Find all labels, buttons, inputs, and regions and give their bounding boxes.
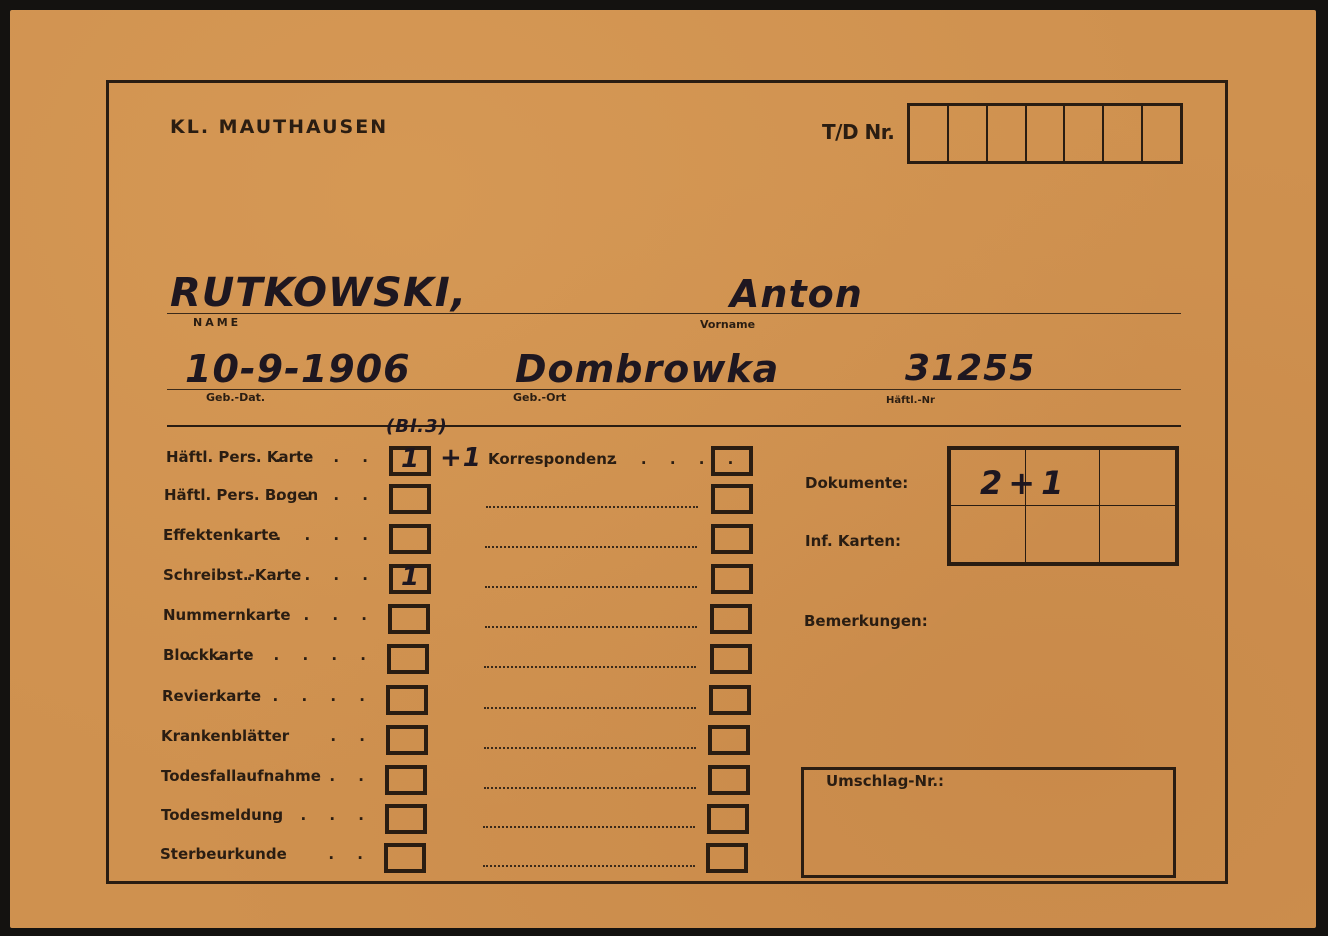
dokumente-label: Dokumente: [805, 474, 908, 492]
grid-cell[interactable] [1100, 506, 1175, 562]
checkbox[interactable] [707, 804, 749, 834]
checkbox-mark: 1 [401, 444, 419, 474]
fill-in-line[interactable] [484, 787, 696, 789]
leader-dots: . . [160, 845, 372, 863]
fill-in-line[interactable] [486, 506, 698, 508]
leader-dots: . . . . . . . [163, 646, 375, 664]
fill-in-line[interactable] [484, 747, 696, 749]
prisoner-number-label: Häftl.-Nr [886, 395, 935, 406]
td-digit-cell[interactable] [910, 106, 949, 161]
name-underline [167, 313, 1181, 314]
dokumente-value[interactable]: 2+1 [980, 464, 1069, 502]
checkbox[interactable] [386, 685, 428, 715]
checkbox-mark: 1 [401, 562, 419, 592]
umschlag-label: Umschlag-Nr.: [826, 772, 944, 790]
birth-date-label: Geb.-Dat. [206, 391, 265, 404]
checkbox[interactable] [708, 725, 750, 755]
leader-dots: . . . . . [163, 606, 376, 624]
td-digit-cell[interactable] [1027, 106, 1066, 161]
birth-date-value[interactable]: 10-9-1906 [185, 347, 411, 391]
checkbox[interactable] [385, 765, 427, 795]
section-divider [167, 425, 1181, 427]
td-digit-cell[interactable] [988, 106, 1027, 161]
leader-dots: . . . . . . [162, 687, 374, 705]
leader-dots: . . . . . [163, 526, 377, 544]
checkbox[interactable] [710, 644, 752, 674]
birth-underline [167, 389, 1181, 390]
grid-cell[interactable] [951, 506, 1026, 562]
checkbox[interactable] [385, 804, 427, 834]
birth-place-label: Geb.-Ort [513, 391, 566, 404]
bemerkungen-label: Bemerkungen: [804, 612, 928, 630]
leader-dots: . . . . [164, 486, 377, 504]
checkbox[interactable] [711, 484, 753, 514]
annotation-bl3: (Bl.3) [386, 416, 448, 437]
leader-dots: . . . . [161, 806, 373, 824]
checkbox[interactable]: 1 [389, 446, 431, 476]
grid-cell[interactable] [1026, 506, 1101, 562]
checkbox[interactable] [709, 685, 751, 715]
td-number-label: T/D Nr. [822, 120, 894, 144]
fill-in-line[interactable] [484, 707, 696, 709]
annotation-plus-one: +1 [440, 443, 482, 473]
checkbox[interactable]: 1 [389, 564, 431, 594]
fill-in-line[interactable] [485, 586, 697, 588]
checkbox[interactable] [708, 765, 750, 795]
checkbox[interactable] [387, 644, 429, 674]
checkbox[interactable] [711, 564, 753, 594]
checkbox[interactable] [711, 524, 753, 554]
checkbox[interactable] [388, 604, 430, 634]
name-label: NAME [193, 316, 241, 329]
checkbox[interactable] [384, 843, 426, 873]
fill-in-line[interactable] [483, 826, 695, 828]
checkbox[interactable] [386, 725, 428, 755]
checkbox[interactable] [711, 446, 753, 476]
birth-place-value[interactable]: Dombrowka [515, 347, 779, 391]
korrespondenz-label: Korrespondenz [488, 450, 616, 468]
checkbox[interactable] [389, 484, 431, 514]
td-number-boxes[interactable] [907, 103, 1183, 164]
leader-dots: . . . . . [163, 566, 377, 584]
checkbox[interactable] [389, 524, 431, 554]
leader-dots: . . [161, 727, 374, 745]
fill-in-line[interactable] [485, 546, 697, 548]
fill-in-line[interactable] [484, 666, 696, 668]
checkbox[interactable] [706, 843, 748, 873]
fill-in-line[interactable] [485, 626, 697, 628]
camp-title: KL. MAUTHAUSEN [170, 116, 388, 138]
fill-in-line[interactable] [483, 865, 695, 867]
vorname-label: Vorname [700, 318, 755, 331]
td-digit-cell[interactable] [1104, 106, 1143, 161]
td-digit-cell[interactable] [949, 106, 988, 161]
grid-cell[interactable] [1100, 450, 1175, 506]
vorname-value[interactable]: Anton [730, 272, 863, 316]
name-value[interactable]: RUTKOWSKI, [170, 270, 467, 316]
leader-dots: . . . [161, 767, 373, 785]
td-digit-cell[interactable] [1065, 106, 1104, 161]
td-digit-cell[interactable] [1143, 106, 1180, 161]
inf-karten-label: Inf. Karten: [805, 532, 901, 550]
prisoner-number-value[interactable]: 31255 [905, 348, 1035, 389]
leader-dots: . . . . [166, 448, 377, 466]
checkbox[interactable] [710, 604, 752, 634]
